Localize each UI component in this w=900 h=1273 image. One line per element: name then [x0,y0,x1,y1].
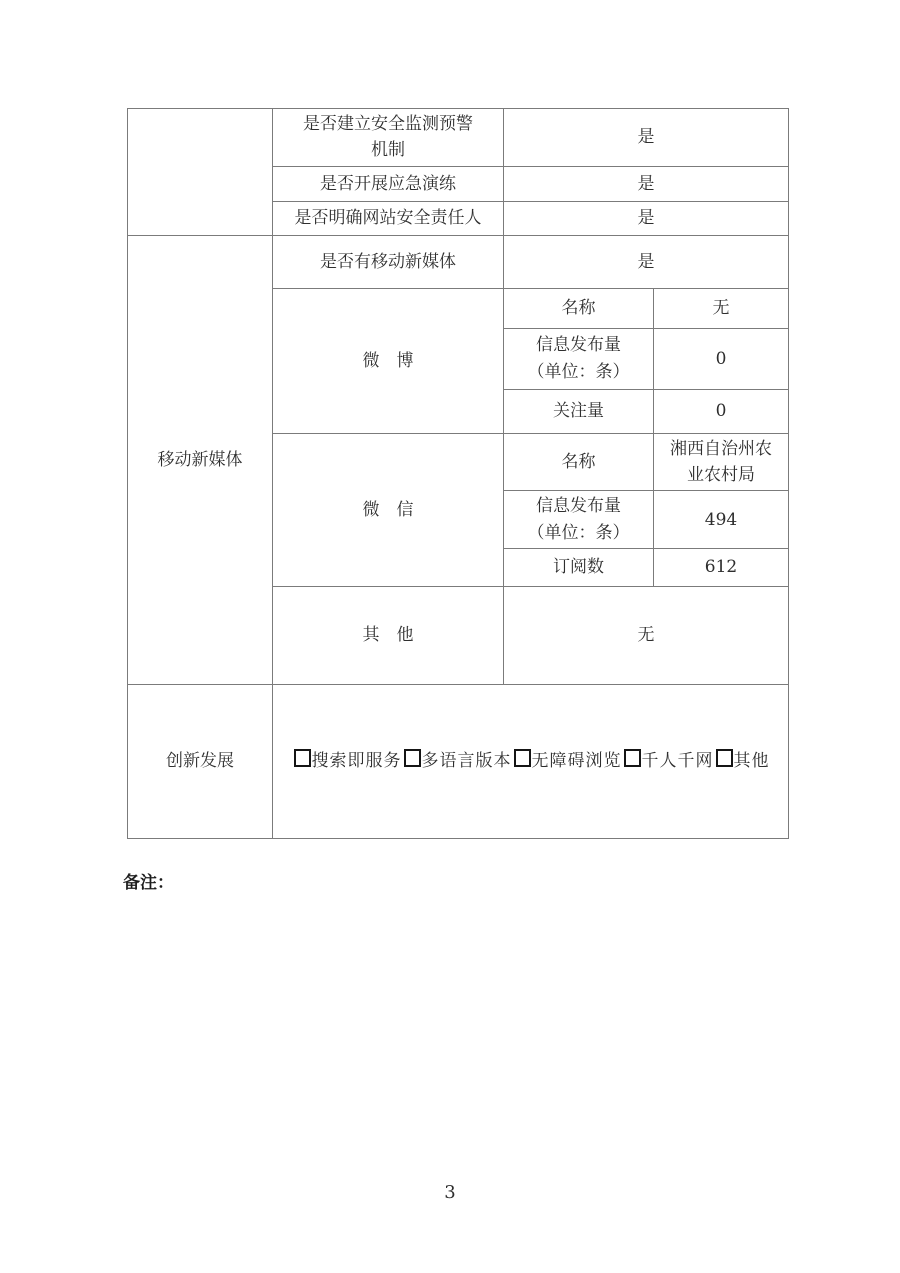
page-number: 3 [0,1182,900,1203]
row-value-weibo-posts: 0 [654,328,789,389]
innovation-option: 多语言版本 [402,751,512,771]
innovation-option: 其他 [714,751,770,771]
group-cell-weibo: 微 博 [273,288,504,433]
row-value-wechat-subscribers: 612 [654,549,789,587]
row-label-security-responsible: 是否明确网站安全责任人 [273,201,504,235]
checkbox-accessibility[interactable] [514,749,531,767]
row-value-wechat-posts: 494 [654,491,789,549]
row-label-line1: 信息发布量 [508,493,649,519]
row-label-line2: 机制 [277,137,499,163]
checkbox-other[interactable] [716,749,733,767]
row-label-has-mobile-media: 是否有移动新媒体 [273,235,504,288]
innovation-option: 无障碍浏览 [512,751,622,771]
row-value-weibo-name: 无 [654,288,789,328]
innovation-options-cell: 搜索即服务多语言版本无障碍浏览千人千网其他 [273,685,789,839]
row-value-weibo-followers: 0 [654,389,789,433]
annual-report-table: 是否建立安全监测预警 机制 是 是否开展应急演练 是 是否明确网站安全责任人 是… [127,108,789,839]
section-cell-mobile-media: 移动新媒体 [128,235,273,684]
wechat-account-name: 湘西自治州农业农村局 [666,436,776,489]
row-label-line1: 是否建立安全监测预警 [277,111,499,137]
row-label-line2: （单位：条） [508,520,649,546]
section-cell-blank [128,109,273,236]
row-label-line2: （单位：条） [508,359,649,385]
row-label-weibo-posts: 信息发布量 （单位：条） [504,328,654,389]
innovation-option: 搜索即服务 [292,751,402,771]
row-label-wechat-posts: 信息发布量 （单位：条） [504,491,654,549]
row-value-security-warning: 是 [504,109,789,167]
notes-label: 备注： [123,868,174,893]
checkbox-label: 其他 [734,751,770,771]
row-value-has-mobile-media: 是 [504,235,789,288]
section-cell-innovation: 创新发展 [128,685,273,839]
checkbox-personalized-web[interactable] [624,749,641,767]
group-cell-wechat: 微 信 [273,433,504,586]
row-label-emergency-drill: 是否开展应急演练 [273,166,504,201]
checkbox-multilingual[interactable] [404,749,421,767]
row-value-emergency-drill: 是 [504,166,789,201]
row-label-weibo-followers: 关注量 [504,389,654,433]
row-value-security-responsible: 是 [504,201,789,235]
row-value-wechat-name: 湘西自治州农业农村局 [654,433,789,491]
innovation-options-line: 搜索即服务多语言版本无障碍浏览千人千网其他 [277,748,784,774]
innovation-option: 千人千网 [622,751,714,771]
row-value-other: 无 [504,587,789,685]
row-label-weibo-name: 名称 [504,288,654,328]
checkbox-label: 搜索即服务 [312,751,402,771]
row-label-security-warning: 是否建立安全监测预警 机制 [273,109,504,167]
group-cell-other: 其 他 [273,587,504,685]
checkbox-label: 无障碍浏览 [532,751,622,771]
checkbox-search-as-service[interactable] [294,749,311,767]
row-label-line1: 信息发布量 [508,332,649,358]
document-page: 是否建立安全监测预警 机制 是 是否开展应急演练 是 是否明确网站安全责任人 是… [0,0,900,1273]
checkbox-label: 千人千网 [642,751,714,771]
checkbox-label: 多语言版本 [422,751,512,771]
row-label-wechat-subscribers: 订阅数 [504,549,654,587]
row-label-wechat-name: 名称 [504,433,654,491]
